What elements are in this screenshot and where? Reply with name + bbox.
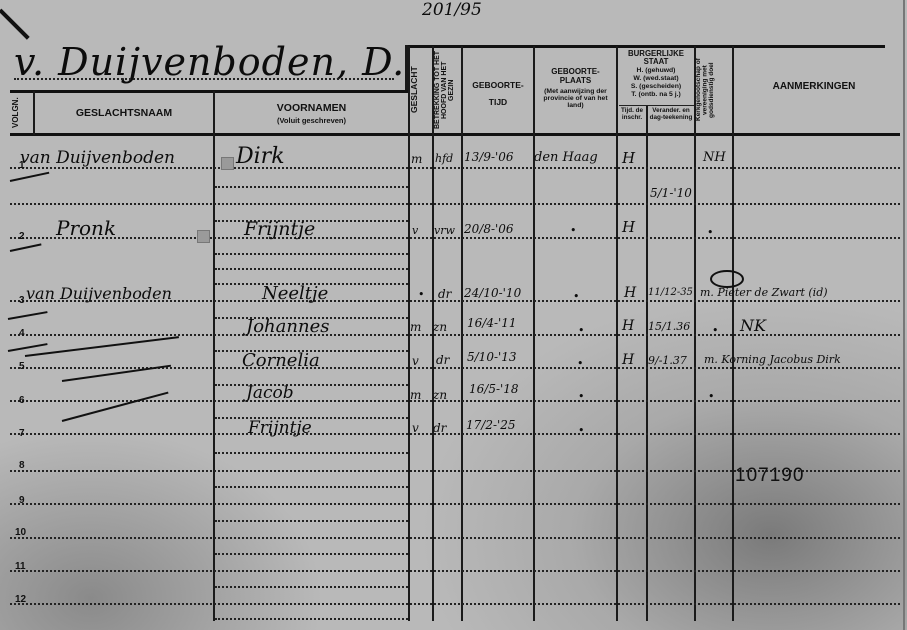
row1-sex: m [411, 152, 422, 166]
row-number: 9 [19, 495, 25, 506]
row1-relation: hfd [435, 152, 453, 165]
row1-civil-status: H [622, 149, 635, 167]
header-geboortetijd-2: TIJD [463, 98, 533, 107]
header-kerkgenootschap: Kerkgenootschap of vereeniging met godsd… [696, 48, 731, 132]
burgerlijke-staat-subdivider [619, 105, 694, 106]
corner-mark [0, 9, 30, 40]
row5-given: Cornelia [242, 350, 320, 371]
header-top-border-right [405, 45, 885, 48]
row3-birth-date: 24/10-'10 [464, 286, 521, 300]
row4-birth-date: 16/4-'11 [467, 316, 517, 330]
voornamen-subline [215, 586, 408, 588]
row6-relation: zn [433, 388, 447, 402]
header-geboortetijd-1: GEBOORTE- [463, 81, 533, 90]
row-line-12 [10, 603, 900, 605]
row3-relation: dr [438, 287, 451, 301]
row4-given: Johannes [246, 316, 329, 337]
registration-card: 201/95 v. Duijvenboden, D. VOLGN. GESLAC… [0, 0, 907, 630]
row1-surname: van Duijvenboden [20, 148, 175, 168]
row-number: 5 [19, 361, 25, 372]
header-status-h: H. (gehuwd) [618, 67, 694, 74]
row6-birth-date: 16/5-'18 [469, 382, 519, 396]
row-line-9 [10, 503, 900, 505]
row2-sex: v [412, 224, 418, 237]
header-aanmerkingen: AANMERKINGEN [734, 82, 894, 93]
row4-church: • [712, 324, 719, 337]
voornamen-subline [215, 186, 408, 188]
ditto-stroke [8, 343, 48, 352]
header-burgerlijke-staat-2: STAAT [618, 58, 694, 66]
header-tijd-inschr: Tijd. de inschr. [618, 108, 646, 121]
row5-relation: dr [436, 353, 449, 367]
row-number: 8 [19, 460, 25, 471]
header-status-s: S. (gescheiden) [618, 83, 694, 90]
row2-given: Frijntje [244, 218, 315, 240]
row2-birth-place: • [570, 224, 577, 237]
row2-surname: Pronk [56, 216, 116, 240]
row-line-1b [10, 203, 900, 205]
header-status-w: W. (wed.staat) [618, 75, 694, 82]
row4-sex: m [410, 320, 421, 334]
header-geslachtsnaam: GESLACHTSNAAM [35, 108, 213, 119]
header-geslacht: GESLACHT [410, 50, 430, 130]
row-number: 6 [19, 395, 25, 406]
row4-civil-status: H [622, 318, 634, 334]
row-line-11 [10, 570, 900, 572]
row7-sex: v [412, 421, 419, 435]
header-status-t: T. (ontb. na 5 j.) [618, 91, 694, 98]
row2-relation: vrw [434, 224, 455, 237]
row2-birth-date: 20/8-'06 [464, 222, 514, 236]
marker-box [221, 157, 234, 170]
row-line-4 [10, 334, 900, 336]
row6-birth-place: • [578, 390, 585, 403]
header-bottom-border [10, 133, 900, 136]
voornamen-subline [215, 486, 408, 488]
ditto-stroke [25, 336, 179, 357]
row3-surname: van Duijvenboden [26, 284, 172, 303]
ditto-stroke [62, 392, 169, 422]
row4-status-change: 15/1.36 [648, 320, 690, 333]
row1-status-change: 5/1-'10 [650, 186, 692, 200]
row7-given: Frijntje [248, 418, 312, 438]
row-line-2 [10, 237, 900, 239]
row-line-7 [10, 433, 900, 435]
row1-given: Dirk [236, 144, 285, 169]
voornamen-subline [215, 520, 408, 522]
header-voornamen: VOORNAMEN [215, 103, 408, 114]
row-number: 10 [15, 527, 26, 538]
voornamen-subline [215, 253, 408, 255]
row-line-6 [10, 400, 900, 402]
row5-remarks: m. Korning Jacobus Dirk [704, 353, 841, 366]
row2-civil-status: H [622, 218, 635, 236]
reference-number: 201/95 [422, 0, 482, 20]
row3-remarks: m. Pieter de Zwart (id) [700, 286, 828, 299]
row-number: 7 [19, 428, 25, 439]
marker-box [197, 230, 210, 243]
circle-mark [710, 270, 744, 288]
row-number: 12 [15, 594, 26, 605]
row5-civil-status: H [622, 352, 634, 368]
row-number: 3 [19, 295, 25, 306]
header-geboorteplaats-2: PLAATS [535, 77, 616, 85]
row3-civil-status: H [624, 285, 636, 301]
row5-birth-date: 5/10-'13 [467, 350, 517, 364]
row5-birth-place: • [577, 357, 584, 370]
header-betrekking: BETREKKING TOT HET HOOFD VAN HET GEZIN [434, 50, 460, 130]
row7-relation: dr [433, 421, 446, 435]
voornamen-subline [215, 618, 408, 620]
header-geboorteplaats-sub: (Met aanwijzing der provincie of van het… [537, 88, 614, 109]
voornamen-subline [215, 452, 408, 454]
ditto-stroke [8, 311, 48, 320]
header-voornamen-sub: (Voluit geschreven) [215, 117, 408, 125]
stamp-number: 107190 [735, 465, 804, 487]
row1-birth-place: den Haag [534, 150, 598, 165]
row6-given: Jacob [246, 383, 294, 403]
row4-relation: zn [433, 320, 447, 334]
voornamen-subline [215, 553, 408, 555]
row-line-10 [10, 537, 900, 539]
row3-given: Neeltje [262, 283, 328, 304]
row4-remarks: NK [740, 316, 766, 335]
col-divider-geslachtsnaam [213, 91, 215, 621]
row-number: 11 [15, 561, 26, 572]
title-underline [14, 78, 394, 80]
row5-status-change: 9/-1.37 [648, 354, 687, 367]
header-verander: Verander. en dag-teekening [648, 108, 694, 121]
row3-sex: • [418, 288, 425, 301]
row-number: 4 [19, 328, 25, 339]
row2-church: • [707, 226, 714, 239]
row3-birth-place: • [573, 290, 580, 303]
ditto-stroke [10, 243, 42, 252]
header-volgn: VOLGN. [12, 94, 30, 132]
voornamen-subline [215, 384, 408, 386]
ditto-stroke [10, 172, 50, 182]
card-right-edge [903, 0, 905, 630]
row1-church: NH [703, 150, 726, 165]
row4-birth-place: • [578, 324, 585, 337]
row1-birth-date: 13/9-'06 [464, 150, 514, 164]
row3-status-change: 11/12-35 [648, 287, 693, 298]
row6-sex: m [410, 388, 421, 402]
row7-birth-date: 17/2-'25 [466, 418, 516, 432]
header-top-border-left [10, 90, 408, 93]
row6-church: • [708, 390, 715, 403]
voornamen-subline [215, 268, 408, 270]
row7-birth-place: • [578, 424, 585, 437]
row5-sex: v [412, 354, 419, 368]
row-number: 2 [19, 231, 25, 242]
